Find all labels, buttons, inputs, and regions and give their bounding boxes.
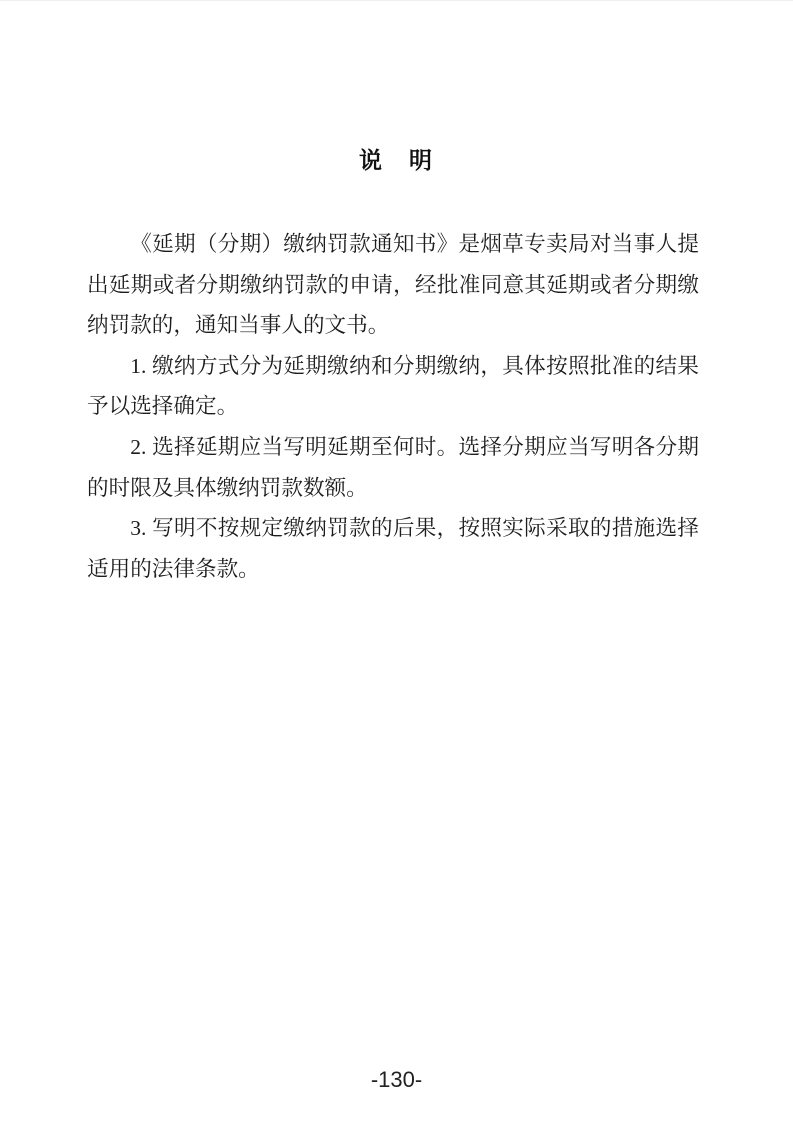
note-paragraph-2: 2. 选择延期应当写明延期至何时。选择分期应当写明各分期的时限及具体缴纳罚款数额…	[87, 427, 699, 508]
document-page: 说 明 《延期（分期）缴纳罚款通知书》是烟草专卖局对当事人提出延期或者分期缴纳罚…	[0, 0, 793, 1122]
page-title: 说 明	[0, 148, 793, 172]
note-paragraph-3: 3. 写明不按规定缴纳罚款的后果，按照实际采取的措施选择适用的法律条款。	[87, 508, 699, 589]
scan-edge-line	[0, 0, 793, 1]
body-text-block: 《延期（分期）缴纳罚款通知书》是烟草专卖局对当事人提出延期或者分期缴纳罚款的申请…	[87, 224, 699, 589]
page-number: -130-	[0, 1068, 793, 1092]
intro-paragraph: 《延期（分期）缴纳罚款通知书》是烟草专卖局对当事人提出延期或者分期缴纳罚款的申请…	[87, 224, 699, 346]
note-paragraph-1: 1. 缴纳方式分为延期缴纳和分期缴纳，具体按照批准的结果予以选择确定。	[87, 346, 699, 427]
